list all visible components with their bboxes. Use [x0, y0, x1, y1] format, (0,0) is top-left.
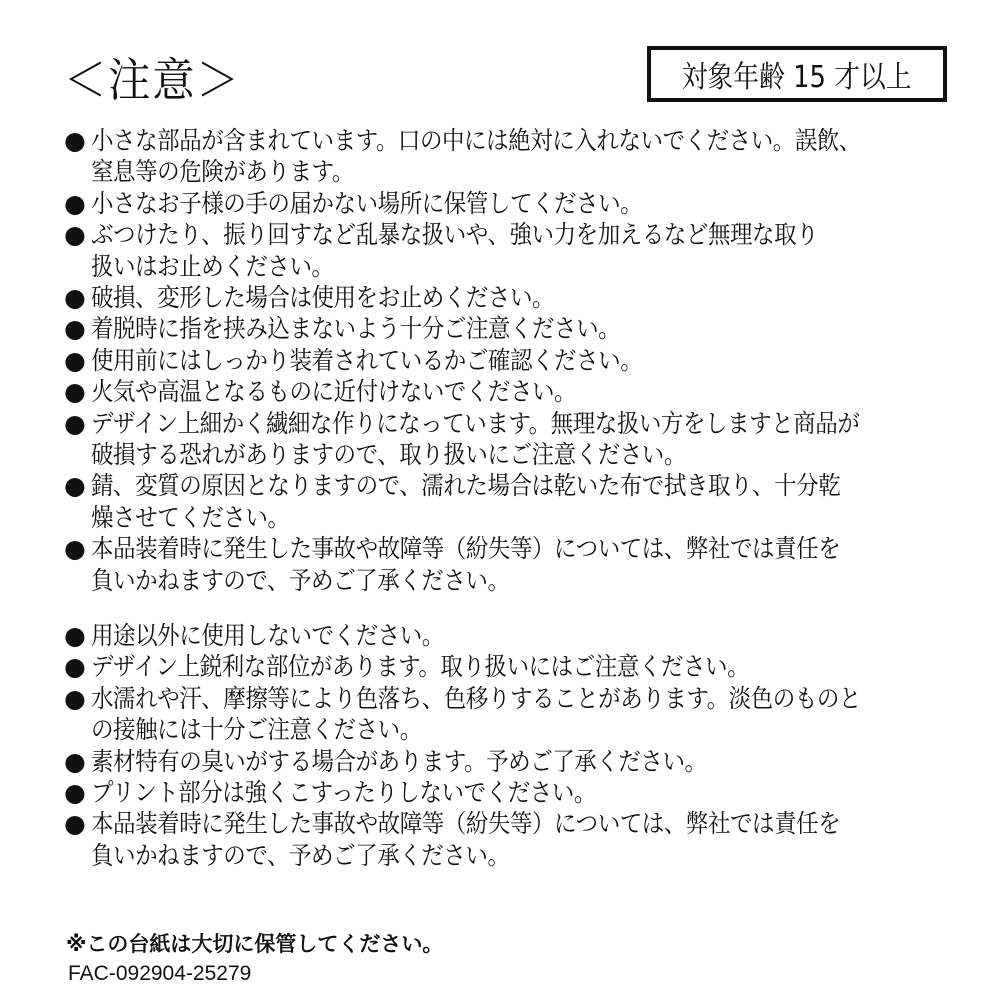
caution-list-primary: ●小さな部品が含まれています。口の中には絶対に入れないでください。誤飲、 窒息等…: [64, 125, 1000, 596]
bullet-icon: ●: [64, 746, 85, 777]
bullet-icon: ●: [64, 219, 85, 250]
bullet-icon: ●: [64, 188, 85, 219]
caution-item: ●プリント部分は強くこすったりしないでください。: [64, 777, 1000, 808]
bullet-icon: ●: [64, 345, 85, 376]
bullet-icon: ●: [64, 533, 85, 564]
age-rating-badge: 対象年齢 15 才以上: [647, 46, 947, 102]
keep-card-note: ※この台紙は大切に保管してください。: [66, 928, 443, 958]
caution-item: ●小さなお子様の手の届かない場所に保管してください。: [64, 188, 1000, 219]
bullet-icon: ●: [64, 470, 85, 501]
caution-item: ●用途以外に使用しないでください。: [64, 620, 1000, 651]
bullet-icon: ●: [64, 620, 85, 651]
page-title: ＜注意＞: [64, 50, 241, 110]
bullet-icon: ●: [64, 808, 85, 839]
caution-item: ●錆、変質の原因となりますので、濡れた場合は乾いた布で拭き取り、十分乾 燥させて…: [64, 470, 1000, 533]
bullet-icon: ●: [64, 313, 85, 344]
caution-item: ●使用前にはしっかり装着されているかご確認ください。: [64, 345, 1000, 376]
caution-item: ●水濡れや汗、摩擦等により色落ち、色移りすることがあります。淡色のものと の接触…: [64, 683, 1000, 746]
caution-item: ●本品装着時に発生した事故や故障等（紛失等）については、弊社では責任を 負いかね…: [64, 533, 1000, 596]
bullet-icon: ●: [64, 125, 85, 156]
bullet-icon: ●: [64, 408, 85, 439]
bullet-icon: ●: [64, 683, 85, 714]
caution-item: ●デザイン上細かく繊細な作りになっています。無理な扱い方をしますと商品が 破損す…: [64, 408, 1000, 471]
age-rating-label: 対象年齢 15 才以上: [682, 52, 912, 96]
caution-list-secondary: ●用途以外に使用しないでください。 ●デザイン上鋭利な部位があります。取り扱いに…: [64, 620, 1000, 871]
bullet-icon: ●: [64, 777, 85, 808]
product-code: FAC-092904-25279: [68, 962, 251, 986]
bullet-icon: ●: [64, 376, 85, 407]
caution-item: ●デザイン上鋭利な部位があります。取り扱いにはご注意ください。: [64, 651, 1000, 682]
caution-item: ●火気や高温となるものに近付けないでください。: [64, 376, 1000, 407]
caution-item: ●小さな部品が含まれています。口の中には絶対に入れないでください。誤飲、 窒息等…: [64, 125, 1000, 188]
caution-item: ●破損、変形した場合は使用をお止めください。: [64, 282, 1000, 313]
bullet-icon: ●: [64, 651, 85, 682]
caution-item: ●ぶつけたり、振り回すなど乱暴な扱いや、強い力を加えるなど無理な取り 扱いはお止…: [64, 219, 1000, 282]
caution-item: ●素材特有の臭いがする場合があります。予めご了承ください。: [64, 746, 1000, 777]
bullet-icon: ●: [64, 282, 85, 313]
caution-item: ●着脱時に指を挟み込まないよう十分ご注意ください。: [64, 313, 1000, 344]
caution-item: ●本品装着時に発生した事故や故障等（紛失等）については、弊社では責任を 負いかね…: [64, 808, 1000, 871]
